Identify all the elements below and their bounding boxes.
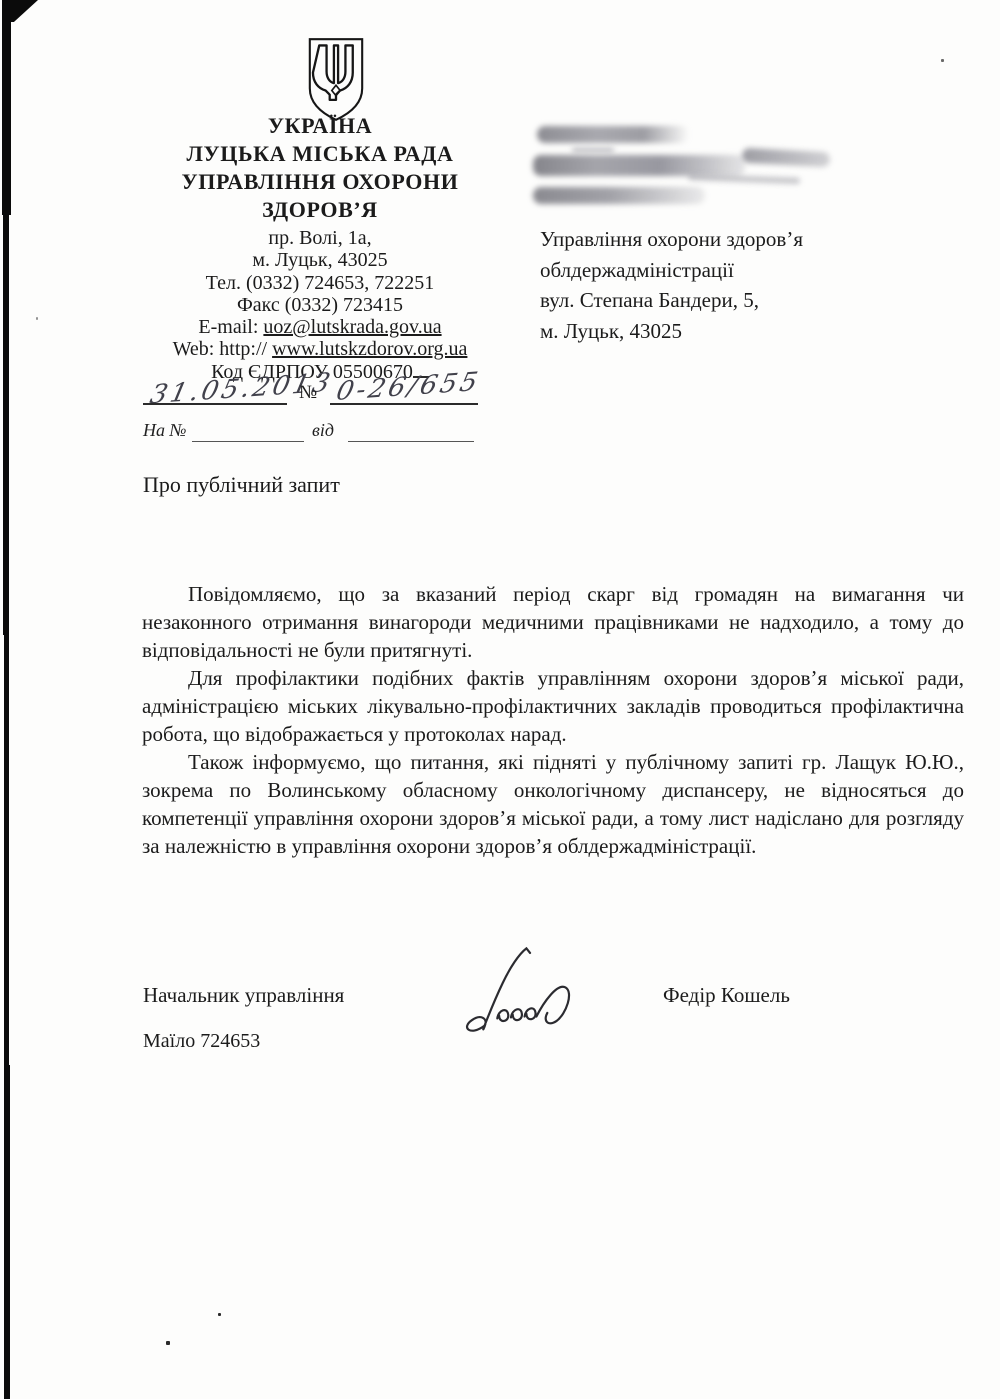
redacted-blur-line bbox=[688, 174, 800, 184]
reply-no-underline bbox=[192, 441, 304, 442]
signer-title: Начальник управління bbox=[143, 983, 344, 1008]
letterhead-phone: Тел. (0332) 724653, 722251 bbox=[128, 272, 512, 294]
letterhead-org-line2: УПРАВЛІННЯ ОХОРОНИ bbox=[128, 168, 512, 196]
email-label: E-mail: bbox=[198, 316, 263, 338]
letterhead-street: пр. Волі, 1а, bbox=[128, 227, 512, 249]
body-paragraph: Повідомляємо, що за вказаний період скар… bbox=[142, 580, 964, 664]
addressee-line: вул. Степана Бандери, 5, bbox=[540, 285, 803, 316]
scan-corner-artifact bbox=[10, 0, 38, 22]
redacted-blur-line bbox=[537, 126, 689, 143]
letterhead-country: УКРАЇНА bbox=[128, 112, 512, 140]
redacted-blur-line bbox=[742, 148, 831, 168]
scan-edge-artifact bbox=[3, 215, 9, 635]
scan-speck bbox=[166, 1341, 170, 1345]
addressee-line: Управління охорони здоров’я bbox=[540, 224, 803, 255]
scan-speck bbox=[36, 317, 38, 320]
scan-edge-artifact bbox=[4, 635, 9, 1065]
letterhead: УКРАЇНА ЛУЦЬКА МІСЬКА РАДА УПРАВЛІННЯ ОХ… bbox=[128, 112, 512, 383]
scan-speck bbox=[218, 1313, 221, 1316]
signer-name: Федір Кошель bbox=[663, 983, 790, 1008]
letterhead-city: м. Луцьк, 43025 bbox=[128, 249, 512, 271]
letterhead-email-line: E-mail: uoz@lutskrada.gov.ua bbox=[128, 316, 512, 338]
reply-from-underline bbox=[348, 441, 474, 442]
scan-edge-artifact bbox=[2, 0, 11, 215]
redacted-blur-line bbox=[572, 148, 614, 152]
scan-speck bbox=[941, 59, 944, 62]
addressee-line: м. Луцьк, 43025 bbox=[540, 316, 803, 347]
subject-line: Про публічний запит bbox=[143, 472, 340, 498]
scan-edge-artifact bbox=[4, 1065, 10, 1399]
web-label: Web: http:// bbox=[173, 338, 273, 360]
letterhead-org-line1: ЛУЦЬКА МІСЬКА РАДА bbox=[128, 140, 512, 168]
handwritten-signature-icon bbox=[453, 942, 598, 1042]
web-address: www.lutskzdorov.org.ua bbox=[272, 338, 467, 360]
letter-body: Повідомляємо, що за вказаний період скар… bbox=[142, 580, 964, 860]
addressee-line: облдержадміністрації bbox=[540, 255, 803, 286]
letterhead-org-line3: ЗДОРОВ’Я bbox=[128, 196, 512, 224]
body-paragraph: Також інформуємо, що питання, які піднят… bbox=[142, 748, 964, 860]
letterhead-web-line: Web: http:// www.lutskzdorov.org.ua bbox=[128, 338, 512, 360]
redacted-blur-line bbox=[533, 155, 745, 176]
reply-from-label: від bbox=[312, 420, 334, 441]
number-sign: № bbox=[299, 382, 317, 404]
number-underline bbox=[330, 403, 478, 405]
scanned-letter-page: УКРАЇНА ЛУЦЬКА МІСЬКА РАДА УПРАВЛІННЯ ОХ… bbox=[0, 0, 1000, 1399]
body-paragraph: Для профілактики подібних фактів управлі… bbox=[142, 664, 964, 748]
redacted-blur-line bbox=[533, 187, 705, 204]
email-address: uoz@lutskrada.gov.ua bbox=[263, 316, 441, 338]
letterhead-fax: Факс (0332) 723415 bbox=[128, 294, 512, 316]
tryzub-shield-icon bbox=[301, 36, 371, 124]
date-underline bbox=[143, 403, 287, 405]
executor-line: Маїло 724653 bbox=[143, 1030, 260, 1053]
reply-no-label: На № bbox=[143, 420, 186, 441]
addressee-block: Управління охорони здоров’я облдержадмін… bbox=[540, 224, 803, 346]
